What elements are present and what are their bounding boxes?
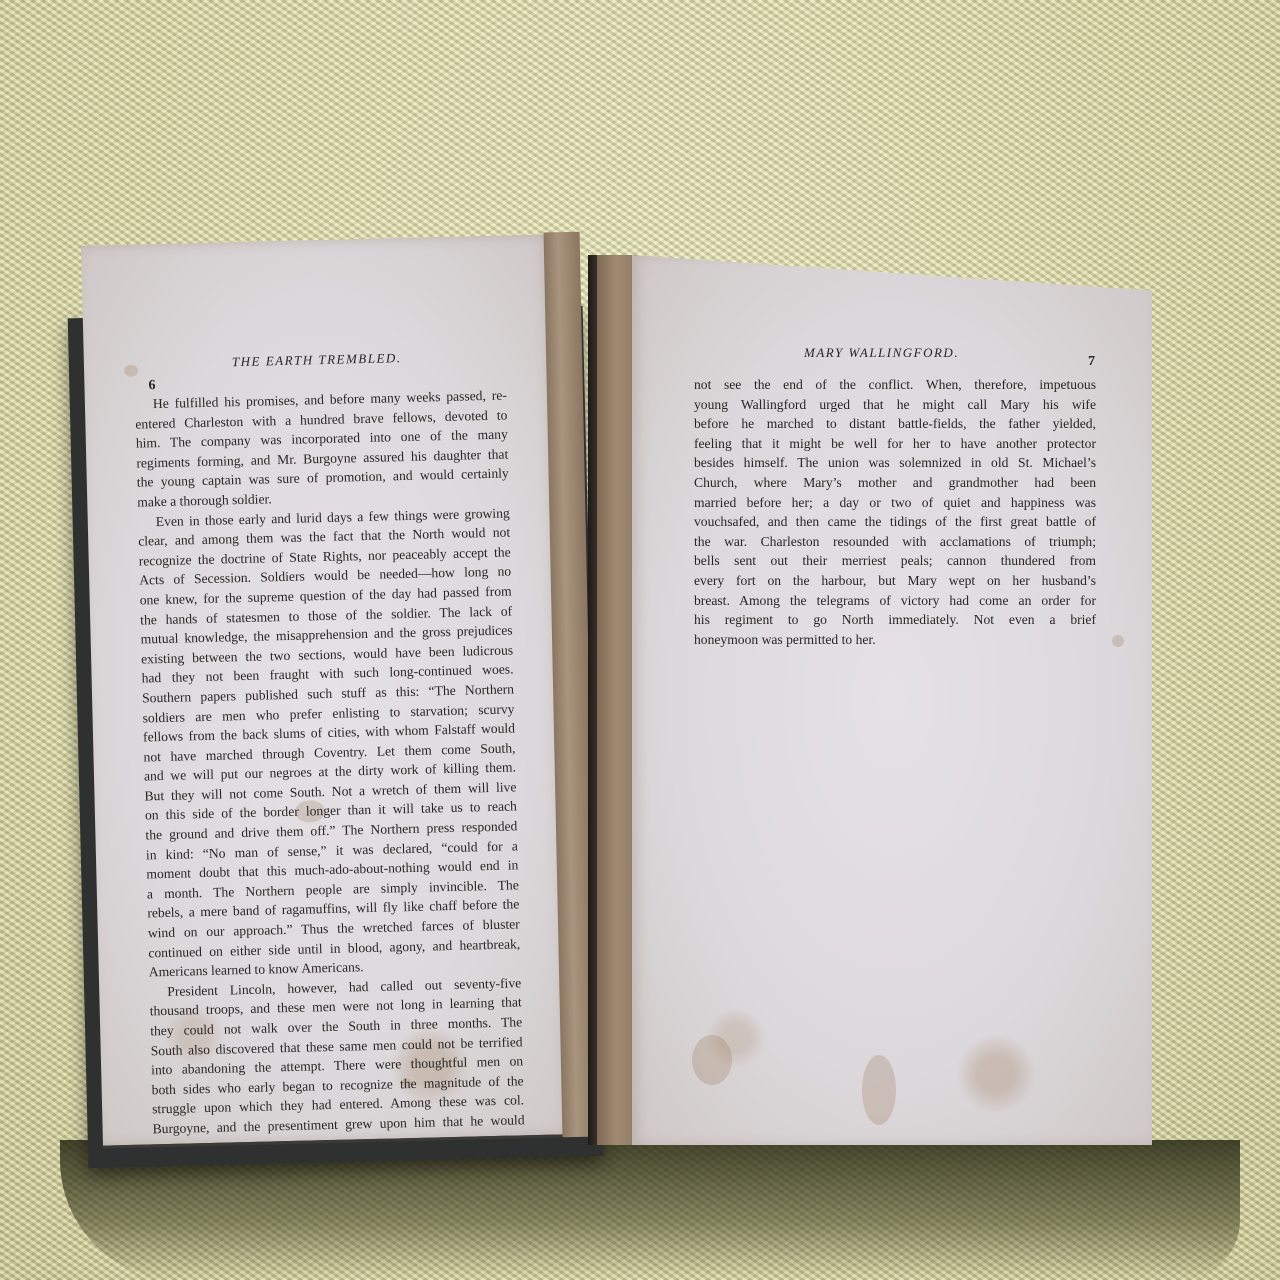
text-line: honeymoon was permitted to her. bbox=[694, 630, 1096, 650]
text-line: vouchsafed, and then came the tidings of… bbox=[694, 512, 1096, 532]
running-header: MARY WALLINGFORD. bbox=[804, 345, 959, 361]
foxing-stain bbox=[862, 1055, 896, 1125]
text-line: bells sent out their merriest peals; can… bbox=[694, 551, 1096, 571]
text-line: Church, where Mary’s mother and grandmot… bbox=[694, 473, 1096, 493]
foxing-stain bbox=[1112, 635, 1124, 647]
text-line: breast. Among the telegrams of victory h… bbox=[694, 591, 1096, 611]
left-page-body: He fulfilled his promises, and before ma… bbox=[135, 386, 525, 1139]
left-page: 6 THE EARTH TREMBLED. He fulfilled his p… bbox=[81, 234, 573, 1148]
page-number: 7 bbox=[1088, 354, 1095, 370]
text-line: the war. Charleston resounded with accla… bbox=[694, 532, 1096, 552]
text-line: besides himself. The union was solemnize… bbox=[694, 453, 1096, 473]
running-header: THE EARTH TREMBLED. bbox=[232, 350, 402, 370]
right-page-body: not see the end of the conflict. When, t… bbox=[694, 375, 1096, 649]
right-page-gutter bbox=[597, 255, 637, 1145]
text-line: young Wallingford urged that he might ca… bbox=[694, 395, 1096, 415]
foxing-stain bbox=[124, 365, 138, 377]
text-line: not see the end of the conflict. When, t… bbox=[694, 375, 1096, 395]
foxing-stain bbox=[692, 1035, 732, 1085]
text-line: his regiment to go North immediately. No… bbox=[694, 610, 1096, 630]
text-line: every fort on the harbour, but Mary wept… bbox=[694, 571, 1096, 591]
text-line: before he marched to distant battle-fiel… bbox=[694, 414, 1096, 434]
page-number: 6 bbox=[148, 378, 155, 394]
right-page: MARY WALLINGFORD. 7 not see the end of t… bbox=[632, 255, 1152, 1145]
text-line: feeling that it might be well for her to… bbox=[694, 434, 1096, 454]
text-line: married before her; a day or two of quie… bbox=[694, 493, 1096, 513]
